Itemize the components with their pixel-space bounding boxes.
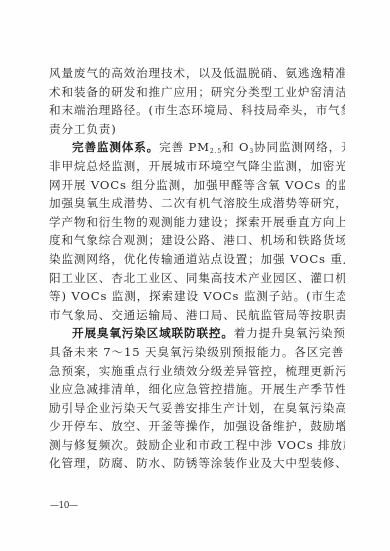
text-line: 化管理，防腐、防水、防锈等涂装作业及大中型装修、外立面改 <box>49 454 345 473</box>
text-line: 网开展 VOCs 组分监测，加强甲醛等含氧 VOCs 的监测能力建设， <box>49 176 345 195</box>
text-line: 加强臭氧生成潜势、二次有机气溶胶生成潜势等研究，加强光化 <box>49 194 345 213</box>
text-line: 术和装备的研发和推广应用；研究分类型工业炉窑清洁能源替代 <box>49 83 345 102</box>
text-line: 学产物和衍生物的观测能力建设；探索开展垂直方向上的臭氧浓 <box>49 213 345 232</box>
text-line: 少开停车、放空、开釜等操作，加强设备维护，鼓励增加泄漏检 <box>49 417 345 436</box>
paragraph-monitoring-system: 完善监测体系。完善 PM2.5和 O3协同监测网络，开展大气环境 非甲烷总烃监测… <box>49 138 345 324</box>
text-line: 和末端治理路径。(市生态环境局、科技局牵头，市气象局等按职 <box>49 101 345 120</box>
text-line: 非甲烷总烃监测，开展城市环境空气降尘监测，加密光化学组分 <box>49 157 345 176</box>
text-line: 阳工业区、杏北工业区、同集高技术产业园区、灌口机械工业区 <box>49 269 345 288</box>
paragraph-ozone-joint-control: 开展臭氧污染区域联防联控。着力提升臭氧污染预报水平， 具备未来 7～15 天臭氧… <box>49 324 345 473</box>
text-line: 完善监测体系。完善 PM2.5和 O3协同监测网络，开展大气环境 <box>49 138 345 157</box>
text-line: 风量废气的高效治理技术，以及低温脱硝、氨逃逸精准调控等技 <box>49 64 345 83</box>
document-page: 风量废气的高效治理技术，以及低温脱硝、氨逃逸精准调控等技 术和装备的研发和推广应… <box>0 0 390 551</box>
text-line: 测与修复频次。鼓励企业和市政工程中涉 VOCs 排放施工实施精细 <box>49 436 345 455</box>
text-line: 度和气象综合观测；建设公路、港口、机场和铁路货场等交通污 <box>49 231 345 250</box>
text-line: 业应急减排清单，细化应急管控措施。开展生产季节性调控，鼓 <box>49 380 345 399</box>
paragraph-continuation: 风量废气的高效治理技术，以及低温脱硝、氨逃逸精准调控等技 术和装备的研发和推广应… <box>49 64 345 138</box>
text-line: 开展臭氧污染区域联防联控。着力提升臭氧污染预报水平， <box>49 324 345 343</box>
text-line: 具备未来 7～15 天臭氧污染级别预报能力。各区完善污染天气应 <box>49 343 345 362</box>
text-line: 急预案，实施重点行业绩效分级差异管控，梳理更新污染天气企 <box>49 362 345 381</box>
text-line: 染监测网络，优化传输通道站点设置；加强 VOCs 重点工业园区(新 <box>49 250 345 269</box>
paragraph-heading: 开展臭氧污染区域联防联控。 <box>72 326 234 340</box>
document-body: 风量废气的高效治理技术，以及低温脱硝、氨逃逸精准调控等技 术和装备的研发和推广应… <box>49 64 345 473</box>
paragraph-heading: 完善监测体系。 <box>72 140 159 154</box>
text-line: 责分工负责) <box>49 120 345 139</box>
text-line: 等) VOCs 监测，探索建设 VOCs 监测子站。(市生态环境局牵头， <box>49 287 345 306</box>
page-number: —10— <box>50 501 77 511</box>
text-line: 励引导企业污染天气妥善安排生产计划，在臭氧污染高发季节减 <box>49 399 345 418</box>
text-line: 市气象局、交通运输局、港口局、民航监管局等按职责分工负责) <box>49 306 345 325</box>
